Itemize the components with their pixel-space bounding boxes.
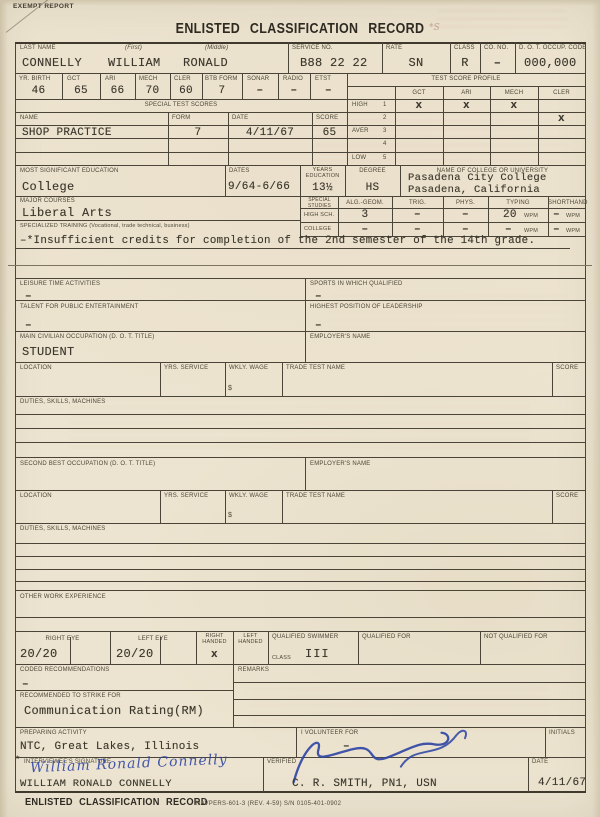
gct-label: GCT [67,76,80,83]
ari-label: ARI [105,76,116,83]
scanned-form-page: EXEMPT REPORT ENLISTED CLASSIFICATION RE… [0,0,600,817]
special-test-date: 4/11/67 [228,128,312,139]
grid-line [15,569,585,570]
service-no-label: SERVICE NO. [292,45,333,52]
footer-form-title: ENLISTED CLASSIFICATION RECORD [25,796,208,808]
sports-value: – [315,292,322,303]
specialized-training-note: –*Insufficient credits for completion of… [20,236,535,247]
leadership-value: – [315,321,322,332]
rate-label: RATE [386,45,402,52]
grid-line [15,490,585,491]
profile-mark: x [395,101,443,112]
page-title: ENLISTED CLASSIFICATION RECORD [176,21,425,37]
ari-value: 66 [100,86,135,97]
duties1-label: DUTIES, SKILLS, MACHINES [20,399,106,406]
grid-line [225,490,226,523]
studies-hs-typing-unit: WPM [524,213,538,219]
exempt-report-label: EXEMPT REPORT [13,3,74,10]
studies-col-trig: TRIG. [392,200,443,207]
interviewee-signature-handwriting: William Ronald Connelly [30,752,228,777]
date-value: 4/11/67 [538,778,586,789]
employer-label: EMPLOYER'S NAME [310,334,371,341]
gct-value: 65 [62,86,100,97]
grid-line [15,428,585,429]
studies-col-phys: PHYS. [443,200,488,207]
grid-line [15,590,585,591]
grid-line [15,42,16,792]
grid-line [15,331,585,332]
verifier-typed-name: C. R. SMITH, PN1, USN [292,779,437,790]
grid-line [15,543,585,544]
dot-occup-code-value: 000,000 [524,57,577,69]
specialized-training-label: SPECIALIZED TRAINING (Vocational, trade … [20,223,190,229]
profile-mark: x [490,101,538,112]
grid-line [15,300,585,301]
special-test-name: SHOP PRACTICE [22,128,112,139]
most-significant-education-label: MOST SIGNIFICANT EDUCATION [20,168,119,175]
grid-line [15,556,585,557]
studies-row-college: COLLEGE [304,226,331,232]
grid-line [347,86,585,87]
grid-line [15,690,233,691]
grid-line [305,457,306,490]
interviewee-mark: * [15,756,21,765]
studies-col-shorthand-unit: WPM [566,228,580,234]
sonar-value: – [242,86,278,97]
right-handed-value: x [196,650,233,661]
college-name-line2: Pasadena, California [408,185,540,196]
wkly-wage1-label: WKLY. WAGE [229,365,268,372]
footer-form-number: NAVPERS-601-3 (REV. 4-59) S/N 0105-401-0… [196,801,341,807]
radio-label: RADIO [283,76,303,83]
grid-line [443,86,444,165]
bleed-through-smudge [330,295,570,335]
studies-col-shorthand: SHORTHAND [548,200,585,207]
service-no-value: B88 22 22 [300,57,368,69]
sonar-label: SONAR [247,76,269,83]
grid-line [358,631,359,664]
preparing-activity-label: PREPARING ACTIVITY [20,730,87,737]
grid-line [545,727,546,757]
profile-col-cler: CLER [538,90,585,97]
grid-line [15,362,585,363]
middle-name-label: (Middle) [205,45,228,52]
grid-line [15,125,585,126]
grid-line [528,757,529,792]
score1-label: SCORE [556,365,578,372]
yrs-service2-label: YRS. SERVICE [164,493,208,500]
class-value: R [450,57,480,69]
trade-test2-label: TRADE TEST NAME [286,493,345,500]
profile-row-num: 1 [383,102,387,109]
studies-hs-typing: 20 [503,210,517,221]
rate-value: SN [382,57,450,69]
radio-value: – [278,86,310,97]
profile-row-label: LOW [352,155,366,162]
grid-line [233,715,585,716]
etst-label: ETST [315,76,331,83]
co-no-label: CO. NO. [484,45,508,52]
grid-line [15,442,585,443]
grid-line [490,86,491,165]
score2-label: SCORE [556,493,578,500]
second-best-occupation-label: SECOND BEST OCCUPATION (D. O. T. TITLE) [20,461,155,468]
grid-line [347,73,348,165]
currency1: $ [228,385,232,393]
college-name-line1: Pasadena City College [408,173,547,184]
special-tests-title: SPECIAL TEST SCORES [15,102,347,109]
degree-label: DEGREE [345,168,400,175]
grid-line [225,362,226,396]
grid-line [15,220,300,221]
talent-value: – [25,321,32,332]
right-eye-value: 20/20 [20,648,58,660]
mech-value: 70 [135,86,170,97]
first-name-label: (First) [125,45,142,52]
grid-line [15,396,585,397]
grid-line [233,699,585,700]
not-qualified-for-label: NOT QUALIFIED FOR [484,634,548,641]
studies-col-alg-geom: ALG.-GEOM. [338,200,392,207]
btb-form-value: 7 [202,86,242,97]
grid-line [15,248,570,249]
yr-birth-value: 46 [15,86,62,97]
grid-line [395,86,396,165]
grid-line [15,791,586,793]
most-significant-education-value: College [22,181,75,193]
date-label: DATE [532,759,548,766]
talent-label: TALENT FOR PUBLIC ENTERTAINMENT [20,304,138,311]
grid-line [233,682,585,683]
main-occupation-label: MAIN CIVILIAN OCCUPATION (D. O. T. TITLE… [20,334,154,341]
left-eye-label: LEFT EYE [110,636,196,643]
middle-name-value: RONALD [183,57,228,69]
grid-line [15,112,585,113]
dates-value: 9/64-6/66 [228,182,290,193]
grid-line [225,165,226,196]
profile-col-mech: MECH [490,90,538,97]
cler-label: CLER [174,76,191,83]
swimmer-class-label: CLASS [272,655,291,661]
last-name-value: CONNELLY [22,57,82,69]
leadership-label: HIGHEST POSITION OF LEADERSHIP [310,304,423,311]
mech-label: MECH [139,76,157,83]
first-name-value: WILLIAM [108,57,161,69]
profile-title: TEST SCORE PROFILE [347,76,585,83]
btb-form-label: BTB FORM [205,76,238,83]
grid-line [15,99,585,100]
studies-hs-trig: – [392,210,443,221]
wkly-wage2-label: WKLY. WAGE [229,493,268,500]
grid-line [515,42,516,73]
studies-row-highsch: HIGH SCH. [304,212,334,218]
grid-line [15,457,585,458]
qualified-swimmer-label: QUALIFIED SWIMMER [272,634,338,641]
main-occupation-value: STUDENT [22,346,75,358]
trade-test1-label: TRADE TEST NAME [286,365,345,372]
grid-line [15,617,585,618]
last-name-label: LAST NAME [20,45,56,52]
studies-col-typing-unit: WPM [524,228,538,234]
dot-occup-code-label: D. O. T. OCCUP. CODE [519,45,586,52]
grid-line [15,664,585,665]
dates-label: DATES [229,168,250,175]
coded-recommendations-value: – [22,680,29,691]
location1-label: LOCATION [20,365,52,372]
strike-for-label: RECOMMENDED TO STRIKE FOR [20,693,121,700]
right-handed-label: RIGHT HANDED [199,633,230,646]
profile-row-label: HIGH [352,102,368,109]
special-tests-col-name: NAME [20,115,38,122]
yrs-service1-label: YRS. SERVICE [164,365,208,372]
preparing-activity-value: NTC, Great Lakes, Illinois [20,742,199,753]
grid-line [15,631,585,632]
profile-col-gct: GCT [395,90,443,97]
profile-row-num: 3 [383,128,387,135]
profile-row-num: 4 [383,141,387,148]
employer2-label: EMPLOYER'S NAME [310,461,371,468]
special-tests-col-date: DATE [232,115,248,122]
grid-line [233,631,234,664]
interviewee-typed-name: WILLIAM RONALD CONNELLY [20,779,172,790]
profile-row-num: 2 [383,115,387,122]
leisure-label: LEISURE TIME ACTIVITIES [20,281,100,288]
grid-line [282,362,283,396]
special-test-score: 65 [312,128,347,139]
yr-birth-label: YR. BIRTH [19,76,50,83]
grid-line [585,42,586,792]
other-work-label: OTHER WORK EXPERIENCE [20,594,106,601]
grid-line [15,278,585,279]
grid-line [538,86,539,165]
grid-line [160,362,161,396]
grid-line [160,490,161,523]
grid-line [15,523,585,524]
grid-line [288,42,289,73]
special-studies-corner: SPECIAL STUDIES [301,198,338,210]
grid-line [8,265,592,266]
profile-col-ari: ARI [443,90,490,97]
bleed-through-smudge [70,398,530,453]
sports-label: SPORTS IN WHICH QUALIFIED [310,281,403,288]
etst-value: – [310,86,347,97]
grid-line [305,278,306,362]
grid-line [15,414,585,415]
right-eye-label: RIGHT EYE [15,636,110,643]
grid-line [15,727,585,728]
left-handed-label: LEFT HANDED [236,633,265,646]
studies-col-typing: TYPING [488,200,548,207]
initials-label: INITIALS [549,730,575,737]
cler-value: 60 [170,86,202,97]
class-label: CLASS [454,45,475,52]
left-eye-value: 20/20 [116,648,154,660]
grid-line [268,631,269,664]
degree-value: HS [345,183,400,194]
grid-line [15,42,586,44]
co-no-value: – [480,57,515,69]
grid-line [15,152,585,153]
studies-hs-shorthand: – [553,210,560,221]
grid-line [233,664,234,727]
location2-label: LOCATION [20,493,52,500]
grid-line [552,362,553,396]
special-tests-col-form: FORM [172,115,190,122]
special-test-form: 7 [168,128,228,139]
grid-line [263,757,264,792]
strike-for-value: Communication Rating(RM) [24,705,204,717]
studies-col-shorthand-v: – [553,225,560,236]
currency2: $ [228,512,232,520]
profile-row-num: 5 [383,155,387,162]
coded-recommendations-label: CODED RECOMMENDATIONS [20,667,109,674]
grid-line [282,490,283,523]
grid-line [480,631,481,664]
profile-mark: x [538,114,585,125]
studies-hs-alg: 3 [338,210,392,221]
major-courses-label: MAJOR COURSES [20,198,75,205]
stray-handwritten-mark: *S [429,23,440,33]
profile-mark: x [443,101,490,112]
years-education-value: 13½ [300,183,345,194]
special-tests-col-score: SCORE [316,115,338,122]
bleed-through-smudge [437,10,567,34]
swimmer-class-value: III [305,648,330,660]
grid-line [15,581,585,582]
leisure-value: – [25,292,32,303]
remarks-label: REMARKS [238,667,269,674]
qualified-for-label: QUALIFIED FOR [362,634,411,641]
years-education-label: YEARS EDUCATION [302,167,343,180]
studies-hs-shorthand-unit: WPM [566,213,580,219]
grid-line [552,490,553,523]
profile-row-label: AVER [352,128,369,135]
studies-hs-phys: – [443,210,488,221]
duties2-label: DUTIES, SKILLS, MACHINES [20,526,106,533]
major-courses-value: Liberal Arts [22,207,112,219]
